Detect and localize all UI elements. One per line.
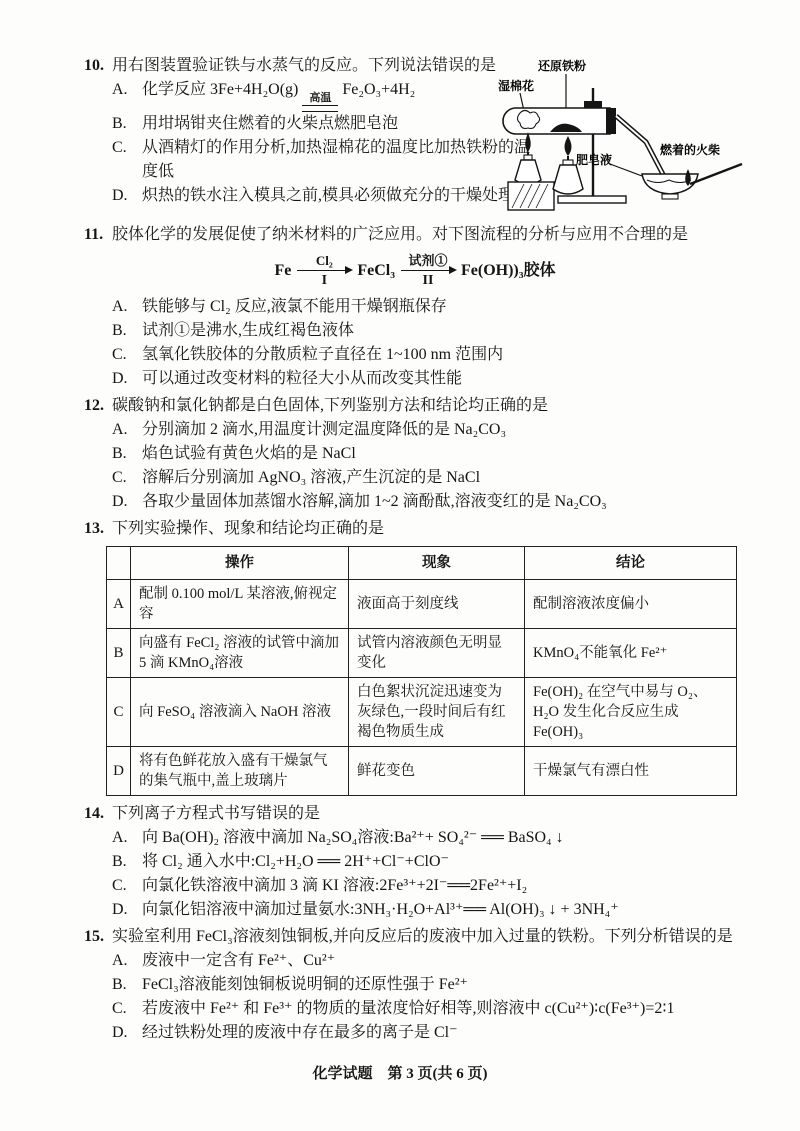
- question-11-options: A. 铁能够与 Cl₂ 反应,液氯不能用干燥钢瓶保存 B. 试剂①是沸水,生成红…: [84, 295, 746, 391]
- option-label: D.: [112, 184, 142, 208]
- question-number: 11.: [84, 223, 112, 247]
- table-row-c: C 向 FeSO₄ 溶液滴入 NaOH 溶液 白色絮状沉淀迅速变为灰绿色,一段时…: [107, 678, 737, 747]
- question-12-options: A. 分别滴加 2 滴水,用温度计测定温度降低的是 Na₂CO₃ B. 焰色试验…: [84, 418, 746, 514]
- arrow-bottom-label: I: [322, 274, 327, 288]
- leader-soap: [610, 164, 642, 176]
- row-key: D: [107, 747, 131, 796]
- row-key: C: [107, 678, 131, 747]
- option-d: D. 向氯化铝溶液中滴加过量氨水:3NH₃·H₂O+Al³⁺══ Al(OH)₃…: [112, 898, 746, 922]
- option-text: 用坩埚钳夹住燃着的火柴点燃肥皂泡: [142, 112, 532, 136]
- question-number: 14.: [84, 802, 112, 826]
- arrow-top-label: Cl₂: [316, 254, 333, 267]
- option-a: A. 废液中一定含有 Fe²⁺、Cu²⁺: [112, 949, 746, 973]
- question-14-options: A. 向 Ba(OH)₂ 溶液中滴加 Na₂SO₄溶液:Ba²⁺+ SO₄²⁻ …: [84, 826, 746, 922]
- question-15: 15. 实验室利用 FeCl₃溶液刻蚀铜板,并向反应后的废液中加入过量的铁粉。下…: [84, 925, 746, 1045]
- option-text: 将 Cl₂ 通入水中:Cl₂+H₂O ══ 2H⁺+Cl⁻+ClO⁻: [142, 850, 746, 874]
- question-12: 12. 碳酸钠和氯化钠都是白色固体,下列鉴别方法和结论均正确的是 A. 分别滴加…: [84, 394, 746, 514]
- option-label: A.: [112, 418, 142, 442]
- arrow-shaft: [401, 270, 455, 271]
- label-burning-match: 燃着的火柴: [659, 142, 720, 157]
- question-11: 11. 胶体化学的发展促使了纳米材料的广泛应用。对下图流程的分析与应用不合理的是…: [84, 223, 746, 391]
- arrow-shaft: [297, 270, 351, 271]
- main-lamp-flame: [565, 136, 572, 156]
- flow-arrow-1: Cl₂ I: [297, 254, 351, 288]
- table-header-phenomenon: 现象: [349, 547, 525, 580]
- table-row-a: A 配制 0.100 mol/L 某溶液,俯视定容 液面高于刻度线 配制溶液浓度…: [107, 580, 737, 629]
- option-label: A.: [112, 78, 142, 112]
- reaction-flow-diagram: Fe Cl₂ I FeCl₃ 试剂① II Fe(OH))₃胶体: [84, 249, 746, 293]
- table-header-operation: 操作: [131, 547, 349, 580]
- option-label: D.: [112, 898, 142, 922]
- option-text: 试剂①是沸水,生成红褐色液体: [142, 319, 746, 343]
- condition-label: 高温: [309, 93, 331, 104]
- question-14-head: 14. 下列离子方程式书写错误的是: [84, 802, 746, 826]
- option-text: 向 Ba(OH)₂ 溶液中滴加 Na₂SO₄溶液:Ba²⁺+ SO₄²⁻ ══ …: [142, 826, 746, 850]
- option-label: C.: [112, 997, 142, 1021]
- option-c: C. 溶解后分别滴加 AgNO₃ 溶液,产生沉淀的是 NaCl: [112, 466, 746, 490]
- option-c: C. 向氯化铁溶液中滴加 3 滴 KI 溶液:2Fe³⁺+2I⁻══2Fe²⁺+…: [112, 874, 746, 898]
- option-label: D.: [112, 490, 142, 514]
- option-label: C.: [112, 343, 142, 367]
- delivery-tube-outer: [616, 116, 666, 180]
- row-operation: 将有色鲜花放入盛有干燥氯气的集气瓶中,盖上玻璃片: [131, 747, 349, 796]
- option-a: A. 铁能够与 Cl₂ 反应,液氯不能用干燥钢瓶保存: [112, 295, 746, 319]
- row-conclusion: KMnO₄不能氧化 Fe²⁺: [525, 629, 737, 678]
- option-a: A. 化学反应 3Fe+4H₂O(g)高温Fe₂O₃+4H₂: [112, 78, 532, 112]
- question-13: 13. 下列实验操作、现象和结论均正确的是 操作 现象 结论 A 配制 0.10…: [84, 517, 746, 796]
- option-b: B. FeCl₃溶液能刻蚀铜板说明铜的还原性强于 Fe²⁺: [112, 973, 746, 997]
- double-equals-line: [302, 105, 338, 112]
- option-label: B.: [112, 112, 142, 136]
- dish-foot: [662, 194, 678, 199]
- option-d: D. 经过铁粉处理的废液中存在最多的离子是 Cl⁻: [112, 1021, 746, 1045]
- option-label: A.: [112, 949, 142, 973]
- exam-page: 10. 用右图装置验证铁与水蒸气的反应。下列说法错误的是 A. 化学反应 3Fe…: [0, 0, 800, 1131]
- option-text: FeCl₃溶液能刻蚀铜板说明铜的还原性强于 Fe²⁺: [142, 973, 746, 997]
- question-stem: 实验室利用 FeCl₃溶液刻蚀铜板,并向反应后的废液中加入过量的铁粉。下列分析错…: [112, 925, 746, 949]
- row-phenomenon: 试管内溶液颜色无明显变化: [349, 629, 525, 678]
- question-15-head: 15. 实验室利用 FeCl₃溶液刻蚀铜板,并向反应后的废液中加入过量的铁粉。下…: [84, 925, 746, 949]
- flow-start: Fe: [274, 259, 291, 283]
- exam-content: 10. 用右图装置验证铁与水蒸气的反应。下列说法错误的是 A. 化学反应 3Fe…: [84, 54, 746, 1048]
- row-phenomenon: 鲜花变色: [349, 747, 525, 796]
- table-header-row: 操作 现象 结论: [107, 547, 737, 580]
- option-text: 氢氧化铁胶体的分散质粒子直径在 1~100 nm 范围内: [142, 343, 746, 367]
- row-operation: 向 FeSO₄ 溶液滴入 NaOH 溶液: [131, 678, 349, 747]
- question-15-options: A. 废液中一定含有 Fe²⁺、Cu²⁺ B. FeCl₃溶液能刻蚀铜板说明铜的…: [84, 949, 746, 1045]
- option-a: A. 分别滴加 2 滴水,用温度计测定温度降低的是 Na₂CO₃: [112, 418, 746, 442]
- row-key: A: [107, 580, 131, 629]
- option-d: D. 可以通过改变材料的粒径大小从而改变其性能: [112, 367, 746, 391]
- main-lamp-cap: [563, 160, 573, 165]
- equation-rhs: Fe₂O₃+4H₂: [342, 81, 415, 98]
- arrow-bottom-label: II: [423, 274, 434, 288]
- option-label: B.: [112, 319, 142, 343]
- left-lamp-body: [515, 160, 541, 185]
- question-11-head: 11. 胶体化学的发展促使了纳米材料的广泛应用。对下图流程的分析与应用不合理的是: [84, 223, 746, 247]
- apparatus-diagram: 还原铁粉 湿棉花 肥皂液 燃着的火柴: [494, 56, 746, 216]
- question-12-head: 12. 碳酸钠和氯化钠都是白色固体,下列鉴别方法和结论均正确的是: [84, 394, 746, 418]
- question-stem: 用右图装置验证铁与水蒸气的反应。下列说法错误的是: [112, 54, 504, 78]
- option-b: B. 将 Cl₂ 通入水中:Cl₂+H₂O ══ 2H⁺+Cl⁻+ClO⁻: [112, 850, 746, 874]
- option-label: C.: [112, 466, 142, 490]
- option-c: C. 氢氧化铁胶体的分散质粒子直径在 1~100 nm 范围内: [112, 343, 746, 367]
- row-conclusion: Fe(OH)₂ 在空气中易与 O₂、H₂O 发生化合反应生成 Fe(OH)₃: [525, 678, 737, 747]
- row-phenomenon: 液面高于刻度线: [349, 580, 525, 629]
- question-stem: 下列实验操作、现象和结论均正确的是: [112, 517, 746, 541]
- option-text: 经过铁粉处理的废液中存在最多的离子是 Cl⁻: [142, 1021, 746, 1045]
- option-a: A. 向 Ba(OH)₂ 溶液中滴加 Na₂SO₄溶液:Ba²⁺+ SO₄²⁻ …: [112, 826, 746, 850]
- equation-lhs: 化学反应 3Fe+4H₂O(g): [142, 81, 298, 98]
- table-row-b: B 向盛有 FeCl₂ 溶液的试管中滴加 5 滴 KMnO₄溶液 试管内溶液颜色…: [107, 629, 737, 678]
- option-text: 化学反应 3Fe+4H₂O(g)高温Fe₂O₃+4H₂: [142, 78, 532, 112]
- row-conclusion: 干燥氯气有漂白性: [525, 747, 737, 796]
- experiment-table: 操作 现象 结论 A 配制 0.100 mol/L 某溶液,俯视定容 液面高于刻…: [106, 546, 737, 796]
- option-label: B.: [112, 442, 142, 466]
- option-text: 可以通过改变材料的粒径大小从而改变其性能: [142, 367, 746, 391]
- option-b: B. 用坩埚钳夹住燃着的火柴点燃肥皂泡: [112, 112, 532, 136]
- option-label: B.: [112, 850, 142, 874]
- question-stem: 碳酸钠和氯化钠都是白色固体,下列鉴别方法和结论均正确的是: [112, 394, 746, 418]
- option-text: 若废液中 Fe²⁺ 和 Fe³⁺ 的物质的量浓度恰好相等,则溶液中 c(Cu²⁺…: [142, 997, 746, 1021]
- question-stem: 胶体化学的发展促使了纳米材料的广泛应用。对下图流程的分析与应用不合理的是: [112, 223, 746, 247]
- stand-base: [558, 196, 626, 203]
- option-label: D.: [112, 1021, 142, 1045]
- option-text: 向氯化铝溶液中滴加过量氨水:3NH₃·H₂O+Al³⁺══ Al(OH)₃ ↓ …: [142, 898, 746, 922]
- question-13-head: 13. 下列实验操作、现象和结论均正确的是: [84, 517, 746, 541]
- option-text: 向氯化铁溶液中滴加 3 滴 KI 溶液:2Fe³⁺+2I⁻══2Fe²⁺+I₂: [142, 874, 746, 898]
- question-10-head: 10. 用右图装置验证铁与水蒸气的反应。下列说法错误的是: [84, 54, 504, 78]
- question-14: 14. 下列离子方程式书写错误的是 A. 向 Ba(OH)₂ 溶液中滴加 Na₂…: [84, 802, 746, 922]
- option-text: 从酒精灯的作用分析,加热湿棉花的温度比加热铁粉的温度低: [142, 136, 532, 184]
- option-d: D. 各取少量固体加蒸馏水溶解,滴加 1~2 滴酚酞,溶液变红的是 Na₂CO₃: [112, 490, 746, 514]
- flow-arrow-2: 试剂① II: [401, 254, 455, 288]
- question-number: 15.: [84, 925, 112, 949]
- option-d: D. 炽热的铁水注入模具之前,模具必须做充分的干燥处理: [112, 184, 532, 208]
- option-text: 各取少量固体加蒸馏水溶解,滴加 1~2 滴酚酞,溶液变红的是 Na₂CO₃: [142, 490, 746, 514]
- option-label: A.: [112, 826, 142, 850]
- question-number: 13.: [84, 517, 112, 541]
- label-soap-solution: 肥皂液: [576, 152, 612, 167]
- option-c: C. 从酒精灯的作用分析,加热湿棉花的温度比加热铁粉的温度低: [112, 136, 532, 184]
- row-phenomenon: 白色絮状沉淀迅速变为灰绿色,一段时间后有红褐色物质生成: [349, 678, 525, 747]
- option-text: 炽热的铁水注入模具之前,模具必须做充分的干燥处理: [142, 184, 532, 208]
- option-text: 废液中一定含有 Fe²⁺、Cu²⁺: [142, 949, 746, 973]
- question-10: 10. 用右图装置验证铁与水蒸气的反应。下列说法错误的是 A. 化学反应 3Fe…: [84, 54, 746, 220]
- option-text: 溶解后分别滴加 AgNO₃ 溶液,产生沉淀的是 NaCl: [142, 466, 746, 490]
- option-text: 分别滴加 2 滴水,用温度计测定温度降低的是 Na₂CO₃: [142, 418, 746, 442]
- row-conclusion: 配制溶液浓度偏小: [525, 580, 737, 629]
- reaction-condition-equals: 高温: [302, 93, 338, 112]
- page-footer: 化学试题 第 3 页(共 6 页): [0, 1062, 800, 1083]
- label-wet-cotton: 湿棉花: [498, 78, 534, 93]
- option-label: D.: [112, 367, 142, 391]
- row-operation: 向盛有 FeCl₂ 溶液的试管中滴加 5 滴 KMnO₄溶液: [131, 629, 349, 678]
- question-number: 12.: [84, 394, 112, 418]
- row-key: B: [107, 629, 131, 678]
- flow-end: Fe(OH))₃胶体: [461, 259, 556, 283]
- stopper: [606, 108, 616, 134]
- option-c: C. 若废液中 Fe²⁺ 和 Fe³⁺ 的物质的量浓度恰好相等,则溶液中 c(C…: [112, 997, 746, 1021]
- left-lamp-flame: [525, 132, 530, 152]
- option-b: B. 焰色试验有黄色火焰的是 NaCl: [112, 442, 746, 466]
- label-iron-powder: 还原铁粉: [537, 58, 586, 73]
- question-10-options: A. 化学反应 3Fe+4H₂O(g)高温Fe₂O₃+4H₂ B. 用坩埚钳夹住…: [84, 78, 532, 208]
- option-label: C.: [112, 874, 142, 898]
- left-lamp-cap: [524, 155, 532, 160]
- question-stem: 下列离子方程式书写错误的是: [112, 802, 746, 826]
- table-header-conclusion: 结论: [525, 547, 737, 580]
- arrow-top-label: 试剂①: [408, 254, 447, 267]
- option-text: 焰色试验有黄色火焰的是 NaCl: [142, 442, 746, 466]
- row-operation: 配制 0.100 mol/L 某溶液,俯视定容: [131, 580, 349, 629]
- option-b: B. 试剂①是沸水,生成红褐色液体: [112, 319, 746, 343]
- main-lamp-body: [553, 165, 583, 194]
- flow-mid: FeCl₃: [357, 259, 395, 283]
- option-label: B.: [112, 973, 142, 997]
- option-text: 铁能够与 Cl₂ 反应,液氯不能用干燥钢瓶保存: [142, 295, 746, 319]
- option-label: C.: [112, 136, 142, 184]
- table-header-blank: [107, 547, 131, 580]
- option-label: A.: [112, 295, 142, 319]
- table-row-d: D 将有色鲜花放入盛有干燥氯气的集气瓶中,盖上玻璃片 鲜花变色 干燥氯气有漂白性: [107, 747, 737, 796]
- question-number: 10.: [84, 54, 112, 78]
